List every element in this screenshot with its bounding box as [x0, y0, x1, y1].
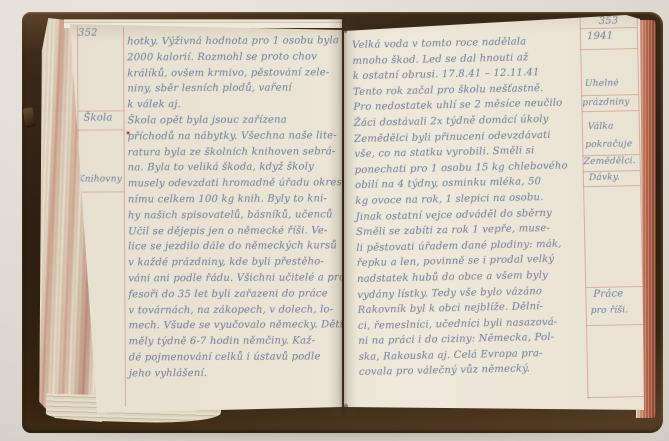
margin-note-knihovny: Knihovny — [78, 174, 122, 184]
margin-note-pro-risi: pro říši. — [591, 305, 629, 316]
handwriting-line: Škola opět byla jsouc zařízena — [127, 112, 339, 129]
left-margin-rule-inner — [123, 26, 126, 406]
right-margin-cell-line — [582, 110, 639, 112]
right-margin-cell-line — [580, 48, 637, 50]
handwriting-line: lice se jezdilo dále do německých kursů — [128, 239, 340, 256]
left-margin-cell-line — [78, 129, 124, 130]
handwriting-line: covala pro válečný vůz německý. — [359, 361, 585, 381]
handwriting-line: v továrnách, na zákopech, v dolech, lo- — [128, 302, 340, 319]
gutter-stitch-top — [344, 24, 347, 33]
handwriting-line: příchodů na nábytky. Všechna naše lite- — [128, 128, 340, 145]
handwriting-line: fesoři do 35 let byli zařazeni do práce — [128, 286, 340, 303]
margin-note-zemedelci: Zemědělci. — [584, 156, 636, 167]
margin-note-skola: Škola — [83, 112, 112, 123]
handwriting-line: měly týdně 6-7 hodin němčiny. Kaž- — [129, 333, 341, 350]
handwriting-line: hy našich spisovatelů, básníků, učenců — [128, 207, 340, 224]
handwriting-line: Učil se dějepis jen o německé říši. Ve- — [128, 223, 340, 240]
handwriting-line: mech. Všude se vyučovalo německy. Děti — [129, 318, 341, 335]
right-margin-cell-line — [586, 324, 643, 326]
margin-note-prace: Práce — [593, 288, 623, 300]
handwriting-line: k válek aj. — [127, 96, 339, 113]
margin-note-pokracuje: pokračuje — [585, 139, 632, 150]
right-page-number: 353 — [599, 15, 619, 26]
right-margin-cell-line — [581, 94, 638, 96]
handwriting-line: niny, sběr lesních plodů, vaření — [127, 81, 339, 98]
margin-note-uhelne: Uhelné — [585, 78, 619, 89]
photo-open-chronicle-book: 352 Škola Knihovny hotky. Výživná hodnot… — [0, 0, 669, 441]
handwriting-line: jeho vyhlášení. — [129, 365, 341, 382]
handwriting-line: dé pojmenování celků i ústavů podle — [129, 349, 341, 366]
margin-note-year: 1941 — [587, 31, 613, 43]
handwriting-line: na. Byla to veliká škoda, když školy — [128, 160, 340, 177]
handwriting-line: králíků, ovšem krmivo, pěstování zele- — [127, 65, 339, 82]
handwriting-line: nímu celkem 100 kg knih. Byly to kni- — [128, 191, 340, 208]
gutter-stitch-bottom — [344, 404, 348, 414]
right-margin-cell-line — [580, 27, 637, 29]
right-margin-cell-line — [583, 185, 640, 187]
margin-note-valka: Válka — [588, 122, 614, 133]
handwriting-line: 2000 kalorií. Rozmohl se proto chov — [127, 49, 339, 66]
left-page-text: hotky. Výživná hodnota pro 1 osobu byla2… — [127, 33, 341, 382]
left-margin-cell-line — [78, 191, 124, 192]
handwriting-line: v každé prázdniny, kde byli přestěho- — [128, 254, 340, 271]
left-margin-cell-line — [77, 110, 123, 111]
margin-note-prazdniny: prázdniny — [582, 97, 629, 108]
left-page-number: 352 — [78, 28, 98, 39]
handwriting-line: váni ani podle řádu. Všichni učitelé a p… — [128, 270, 340, 287]
handwriting-line: hotky. Výživná hodnota pro 1 osobu byla — [127, 33, 339, 50]
margin-note-davky: Dávky. — [589, 172, 620, 183]
handwriting-line: ratura byla ze školních knihoven sebrá- — [128, 144, 340, 161]
right-page-text: Velká voda v tomto roce nadělalamnoho šk… — [352, 33, 585, 381]
handwriting-line: musely odevzdati hromadně úřadu okres- — [128, 175, 340, 192]
right-margin-cell-line — [588, 396, 645, 398]
